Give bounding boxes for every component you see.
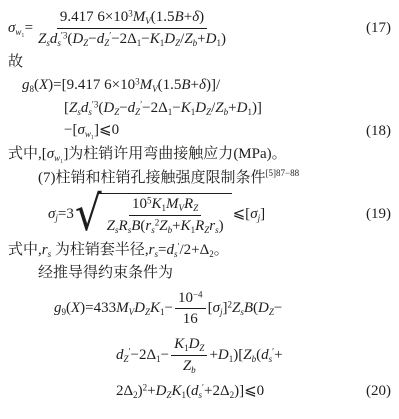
note-sigma-math: 式中,[σw₁]为柱销许用弯曲接触应力 [8,146,233,162]
lead-text: 经推导得约束条件为 [8,264,391,283]
eq19-radicand: 105K1MVRZ ZsRsB(rs2Zb+K1RZrs) [97,193,232,236]
eq20-fraction2-num: K1DZ [171,335,207,356]
equation-17: σw₁= 9.417 6×103MV(1.5B+δ) Zsds′3(DZ−dZ′… [8,8,391,49]
eq18-line1: g8(X)=[9.417 6×103MV(1.5B+δ)]/ [8,76,391,95]
equation-19: σj=3 √ 105K1MVRZ ZsRsB(rs2Zb+K1RZrs) ⩽[σ… [8,193,391,236]
therefore-label: 故 [8,53,391,72]
section-7-heading-text: (7)柱销和柱销孔接触强度限制条件 [38,170,266,186]
eq20-fraction1-num: 10−4 [175,289,206,309]
radical-sign-icon: √ [75,190,102,238]
eq17-number: (17) [366,19,391,38]
eq20-line3-expr: 2Δ2)2+DZK1(ds′+2Δ2)]⩽0 [116,382,264,401]
eq19-radical: √ 105K1MVRZ ZsRsB(rs2Zb+K1RZrs) [75,193,232,236]
eq20-line3: 2Δ2)2+DZK1(ds′+2Δ2)]⩽0 (20) [8,382,391,401]
eq19-lhs: σj=3 [48,205,74,224]
eq18-number: (18) [366,122,391,141]
note-sigma: 式中,[σw₁]为柱销许用弯曲接触应力(MPa)。 [8,145,391,164]
eq20-fraction2: K1DZ Zb [171,335,207,376]
eq19-rhs: ⩽[σj] [233,205,266,224]
document-page: σw₁= 9.417 6×103MV(1.5B+δ) Zsds′3(DZ−dZ′… [0,0,399,401]
eq20-fraction2-den: Zb [180,356,199,376]
eq19-fraction: 105K1MVRZ ZsRsB(rs2Zb+K1RZrs) [104,195,227,236]
eq19-denominator: ZsRsB(rs2Zb+K1RZrs) [104,216,227,236]
eq18-line3-expr: −[σw₁]⩽0 [64,121,119,140]
eq20-line2-pre: dZ′−2Δ1− [116,346,169,365]
eq17-denominator: Zsds′3(DZ−dZ′−2Δ1−K1DZ/Zb+D1) [35,29,229,49]
eq17-fraction: 9.417 6×103MV(1.5B+δ) Zsds′3(DZ−dZ′−2Δ1−… [35,8,229,49]
equation-18: g8(X)=[9.417 6×103MV(1.5B+δ)]/ [Zsds′3(D… [8,76,391,141]
eq20-fraction1-den: 16 [180,309,201,328]
eq20-fraction1: 10−4 16 [175,289,206,328]
equation-20: g9(X)=433MVDZK1− 10−4 16 [σj]2ZsB(DZ− dZ… [8,289,391,401]
eq20-line2-post: +D1)[Zb(ds′+ [209,346,282,365]
note-rs: 式中,rs 为柱销套半径,rs=ds′/2+Δ2。 [8,241,391,260]
eq17-lhs: σw₁= [8,19,33,38]
eq18-line3: −[σw₁]⩽0 (18) [8,121,391,140]
eq20-line2: dZ′−2Δ1− K1DZ Zb +D1)[Zb(ds′+ [8,335,391,376]
note-sigma-unit: (MPa)。 [233,146,286,162]
eq20-line1-post: [σj]2ZsB(DZ− [208,299,283,318]
eq20-line1: g9(X)=433MVDZK1− 10−4 16 [σj]2ZsB(DZ− [8,289,391,328]
citation-superscript: [5]87−88 [266,168,300,178]
eq19-number: (19) [366,205,391,224]
section-7-heading: (7)柱销和柱销孔接触强度限制条件[5]87−88 [8,168,391,188]
eq20-line1-pre: g9(X)=433MVDZK1− [54,299,173,318]
eq19-numerator: 105K1MVRZ [129,195,201,216]
eq20-number: (20) [366,382,391,401]
eq17-numerator: 9.417 6×103MV(1.5B+δ) [57,8,207,29]
eq18-line2: [Zsds′3(DZ−dZ′−2Δ1−K1DZ/Zb+D1)] [8,99,391,118]
